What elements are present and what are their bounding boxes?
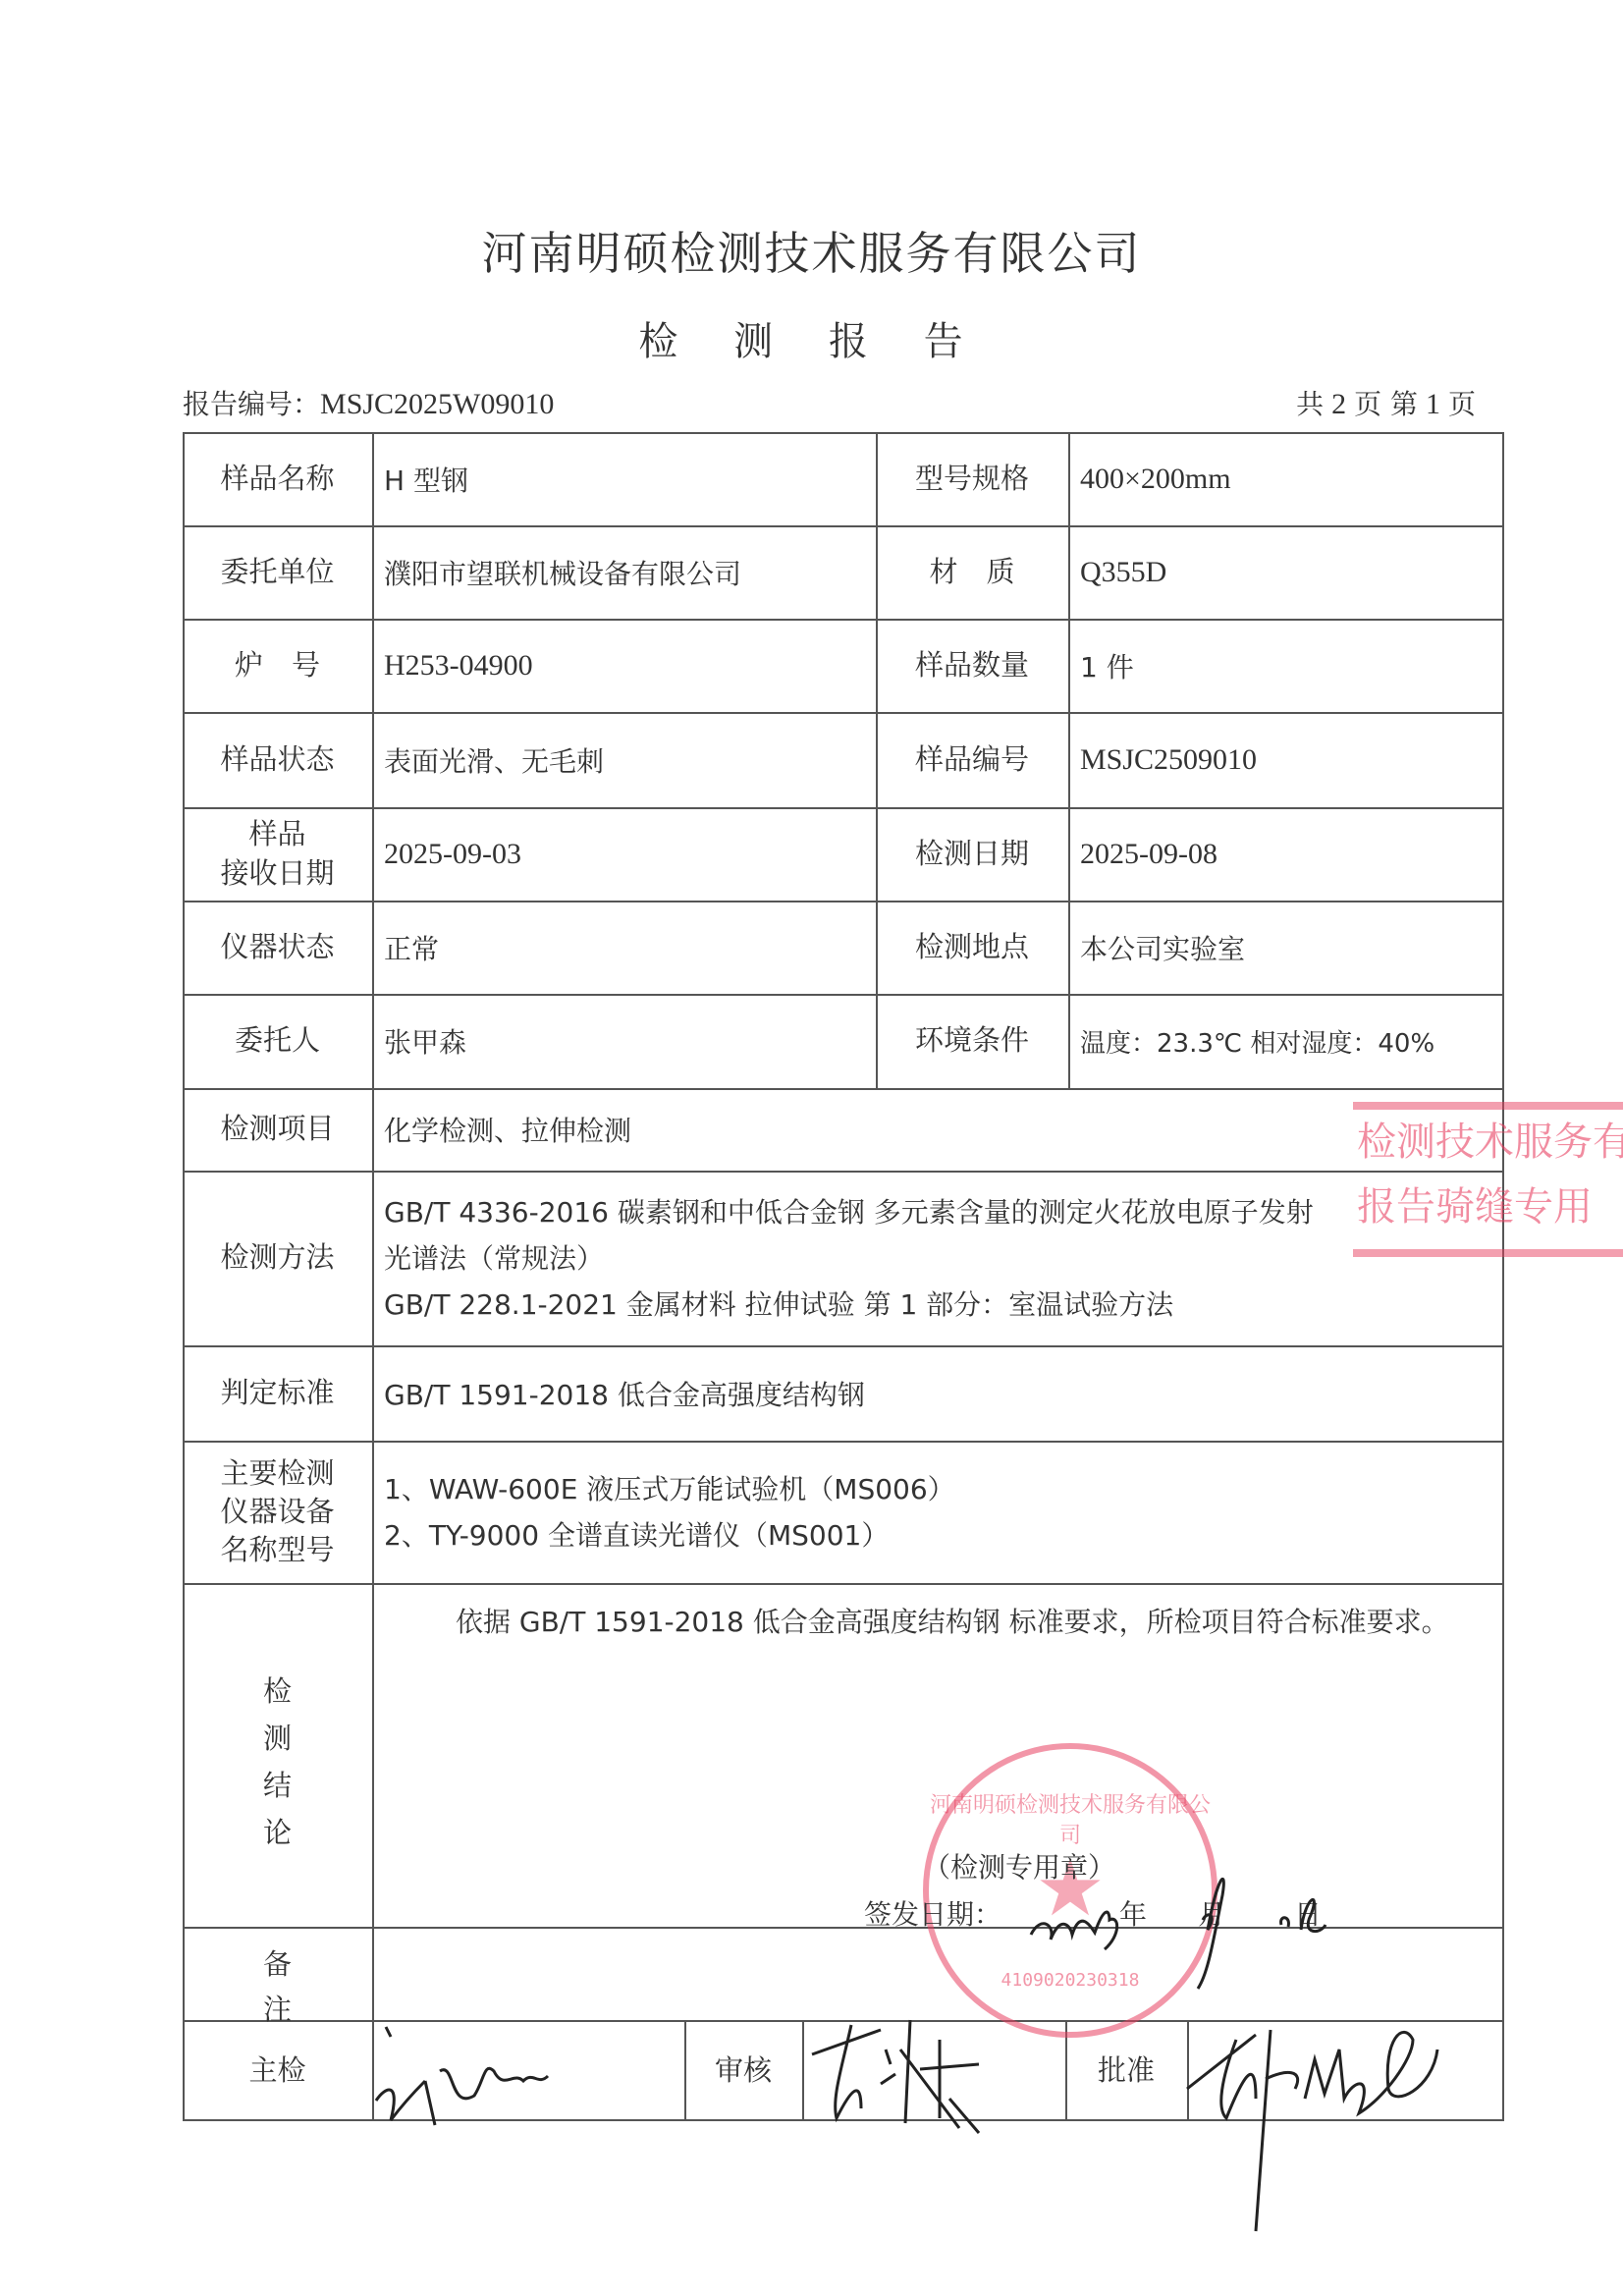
signature-icon	[366, 2002, 690, 2130]
value-model-spec: 400×200mm	[1068, 432, 1504, 525]
label-remarks-char: 备	[183, 1942, 372, 1988]
value-test-methods: GB/T 4336-2016 碳素钢和中低合金钢 多元素含量的测定火花放电原子发…	[372, 1171, 1504, 1345]
label-conclusion: 检 测 结 论	[183, 1669, 372, 1858]
label-test-location: 检测地点	[876, 901, 1068, 994]
stamp-note: （检测专用章）	[923, 1846, 1115, 1886]
label-equipment-line: 名称型号	[220, 1531, 334, 1569]
company-name: 河南明硕检测技术服务有限公司	[0, 218, 1623, 283]
label-criteria: 判定标准	[183, 1345, 372, 1441]
pages-total: 2	[1331, 388, 1346, 420]
value-equipment: 1、WAW-600E 液压式万能试验机（MS006） 2、TY-9000 全谱直…	[372, 1441, 1504, 1583]
report-number-value: MSJC2025W09010	[320, 388, 554, 420]
label-equipment-line: 仪器设备	[220, 1493, 334, 1531]
label-receipt-date-line2: 接收日期	[220, 854, 334, 893]
label-heat-number: 炉 号	[183, 619, 372, 712]
label-sample-id: 样品编号	[876, 712, 1068, 807]
label-test-items: 检测项目	[183, 1088, 372, 1171]
label-client: 委托单位	[183, 525, 372, 619]
page-indicator: 共2页 第1页	[1296, 383, 1476, 422]
label-conclusion-char: 检	[183, 1669, 372, 1717]
value-sample-name: H 型钢	[372, 432, 876, 525]
label-material: 材 质	[876, 525, 1068, 619]
test-method-line: GB/T 4336-2016 碳素钢和中低合金钢 多元素含量的测定火花放电原子发…	[384, 1189, 1314, 1235]
conclusion-text: 依据 GB/T 1591-2018 低合金高强度结构钢 标准要求，所检项目符合标…	[385, 1599, 1494, 1645]
value-client: 濮阳市望联机械设备有限公司	[372, 525, 876, 619]
label-inspector: 主检	[183, 2020, 372, 2121]
equipment-line: 2、TY-9000 全谱直读光谱仪（MS001）	[384, 1512, 889, 1558]
label-conclusion-char: 论	[183, 1811, 372, 1858]
label-test-date: 检测日期	[876, 807, 1068, 901]
label-receipt-date: 样品 接收日期	[183, 807, 372, 901]
value-test-items: 化学检测、拉伸检测	[372, 1088, 1504, 1171]
value-environment: 温度：23.3℃ 相对湿度：40%	[1068, 994, 1504, 1088]
label-receipt-date-line1: 样品	[248, 815, 305, 853]
value-sample-id: MSJC2509010	[1068, 712, 1504, 807]
label-sample-condition: 样品状态	[183, 712, 372, 807]
pages-prefix: 共	[1296, 388, 1324, 420]
signature-icon	[1148, 2000, 1472, 2236]
label-conclusion-char: 结	[183, 1764, 372, 1811]
test-method-line: GB/T 228.1-2021 金属材料 拉伸试验 第 1 部分：室温试验方法	[384, 1282, 1173, 1328]
value-criteria: GB/T 1591-2018 低合金高强度结构钢	[372, 1345, 1504, 1441]
value-material: Q355D	[1068, 525, 1504, 619]
value-sample-quantity: 1 件	[1068, 619, 1504, 712]
value-receipt-date: 2025-09-03	[372, 807, 876, 901]
label-equipment: 主要检测 仪器设备 名称型号	[183, 1441, 372, 1583]
value-test-date: 2025-09-08	[1068, 807, 1504, 901]
pages-suffix: 页	[1448, 388, 1476, 420]
value-sample-condition: 表面光滑、无毛刺	[372, 712, 876, 807]
pages-current: 1	[1426, 388, 1440, 420]
value-client-person: 张甲森	[372, 994, 876, 1088]
equipment-line: 1、WAW-600E 液压式万能试验机（MS006）	[384, 1466, 955, 1512]
label-sample-name: 样品名称	[183, 432, 372, 525]
pages-mid: 页 第	[1354, 388, 1418, 420]
inspector-signature	[372, 2020, 684, 2121]
value-test-location: 本公司实验室	[1068, 901, 1504, 994]
value-heat-number: H253-04900	[372, 619, 876, 712]
approver-signature	[1187, 2020, 1504, 2121]
label-model-spec: 型号规格	[876, 432, 1068, 525]
report-number: 报告编号：MSJC2025W09010	[183, 383, 554, 422]
label-equipment-line: 主要检测	[220, 1454, 334, 1493]
label-instrument-status: 仪器状态	[183, 901, 372, 994]
label-conclusion-char: 测	[183, 1717, 372, 1764]
label-environment: 环境条件	[876, 994, 1068, 1088]
value-instrument-status: 正常	[372, 901, 876, 994]
reviewer-signature	[802, 2020, 1065, 2121]
test-method-line: 光谱法（常规法）	[384, 1235, 604, 1282]
label-reviewer: 审核	[684, 2020, 802, 2121]
label-sample-quantity: 样品数量	[876, 619, 1068, 712]
label-client-person: 委托人	[183, 994, 372, 1088]
document-title: 检 测 报 告	[0, 310, 1623, 366]
signature-icon	[802, 2010, 1077, 2138]
label-test-methods: 检测方法	[183, 1171, 372, 1345]
report-number-label: 报告编号：	[183, 388, 320, 420]
row-divider	[183, 1583, 1504, 1585]
